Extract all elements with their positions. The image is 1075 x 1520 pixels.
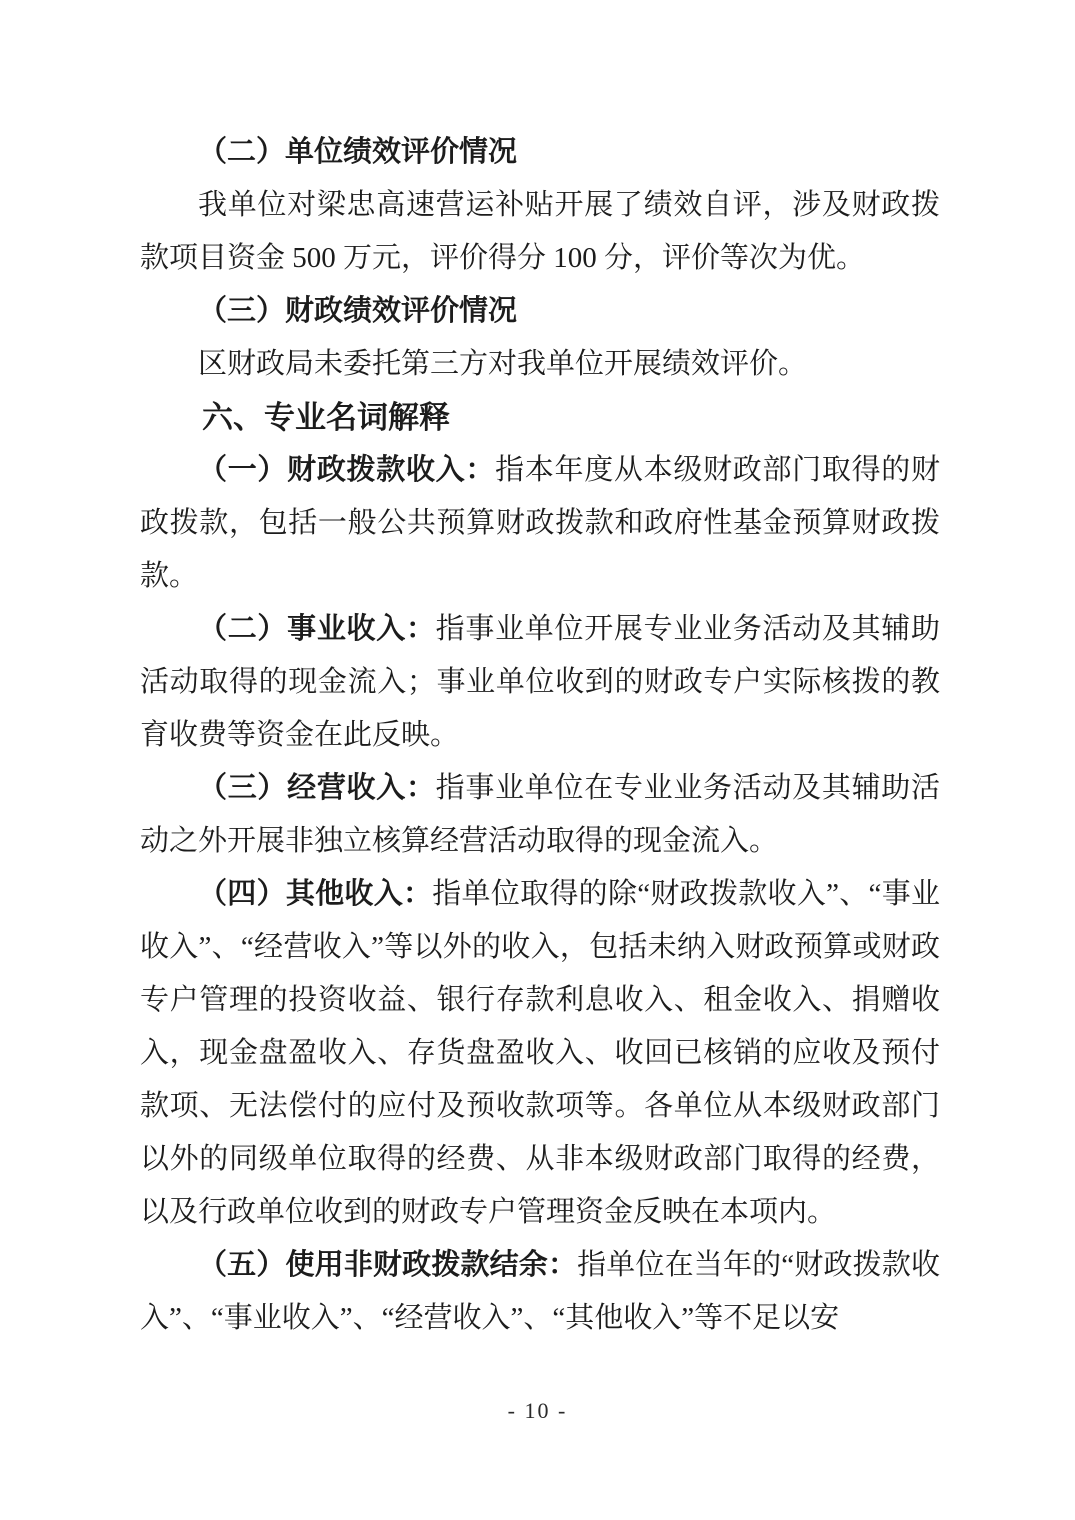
term-title: （二）事业收入： <box>198 613 436 645</box>
term-title: （一）财政拨款收入： <box>198 454 495 486</box>
heading-fiscal-performance-evaluation: （三）财政绩效评价情况 <box>140 285 940 338</box>
para-term-business-income: （三）经营收入：指事业单位在专业业务活动及其辅助活动之外开展非独立核算经营活动取… <box>140 762 940 868</box>
para-text: 我单位对梁忠高速营运补贴开展了绩效自评，涉及财政拨款项目资金 500 万元，评价… <box>140 189 940 274</box>
term-title: （三）经营收入： <box>198 772 436 804</box>
para-term-other-income: （四）其他收入：指单位取得的除“财政拨款收入”、“事业收入”、“经营收入”等以外… <box>140 868 940 1239</box>
para-fiscal-performance-evaluation: 区财政局未委托第三方对我单位开展绩效评价。 <box>140 338 940 391</box>
para-term-institutional-income: （二）事业收入：指事业单位开展专业业务活动及其辅助活动取得的现金流入；事业单位收… <box>140 603 940 762</box>
term-title: （四）其他收入： <box>198 878 432 910</box>
para-unit-performance-evaluation: 我单位对梁忠高速营运补贴开展了绩效自评，涉及财政拨款项目资金 500 万元，评价… <box>140 179 940 285</box>
term-title: （五）使用非财政拨款结余： <box>198 1249 577 1281</box>
para-term-fiscal-appropriation-income: （一）财政拨款收入：指本年度从本级财政部门取得的财政拨款，包括一般公共预算财政拨… <box>140 444 940 603</box>
term-definition: 指单位取得的除“财政拨款收入”、“事业收入”、“经营收入”等以外的收入，包括未纳… <box>140 878 940 1228</box>
page-number: - 10 - <box>0 1398 1075 1424</box>
para-term-non-fiscal-appropriation-balance: （五）使用非财政拨款结余：指单位在当年的“财政拨款收入”、“事业收入”、“经营收… <box>140 1239 940 1345</box>
para-text: 区财政局未委托第三方对我单位开展绩效评价。 <box>198 348 807 380</box>
heading-terminology-section: 六、专业名词解释 <box>140 391 940 444</box>
heading-unit-performance-evaluation: （二）单位绩效评价情况 <box>140 126 940 179</box>
document-body: （二）单位绩效评价情况 我单位对梁忠高速营运补贴开展了绩效自评，涉及财政拨款项目… <box>140 126 940 1345</box>
document-page: （二）单位绩效评价情况 我单位对梁忠高速营运补贴开展了绩效自评，涉及财政拨款项目… <box>0 0 1075 1520</box>
